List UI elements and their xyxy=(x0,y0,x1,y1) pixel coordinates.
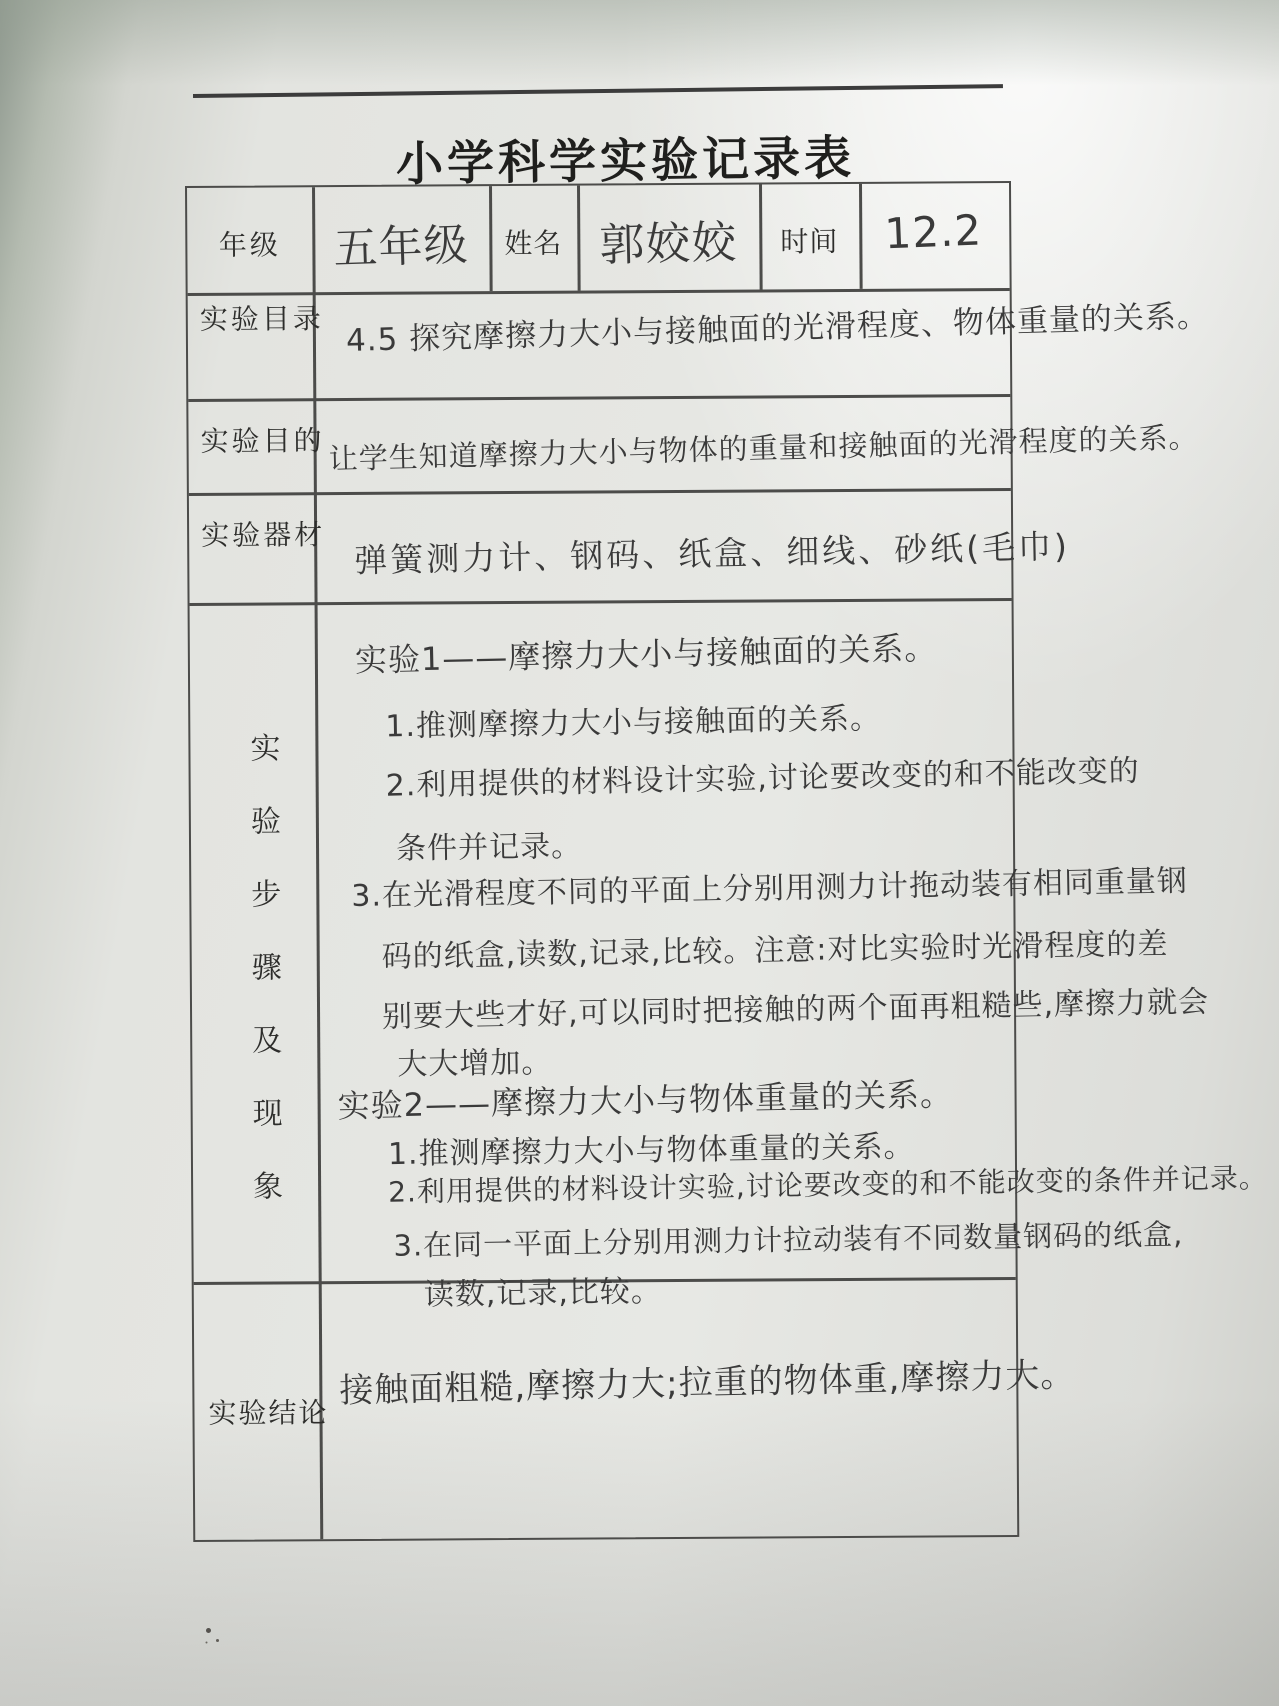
purpose-content: 让学生知道摩擦力大小与物体的重量和接触面的光滑程度的关系。 xyxy=(328,415,1199,478)
label-column-divider xyxy=(312,187,323,1539)
row-divider xyxy=(189,488,1011,496)
steps-row-label: 实 验 步 骤 及 现 象 xyxy=(242,723,291,1205)
steps-line: 读数,记录,比较。 xyxy=(423,1266,662,1314)
steps-line: 条件并记录。 xyxy=(396,821,583,868)
row-divider xyxy=(190,598,1012,606)
steps-line: 码的纸盒,读数,记录,比较。注意:对比实验时光滑程度的差 xyxy=(381,919,1168,976)
photographed-form: 小学科学实验记录表 年级 五年级 姓名 郭姣姣 时间 12.2 实验目录 4.5… xyxy=(0,0,1279,1706)
name-label: 姓名 xyxy=(489,222,577,263)
steps-line: 2.利用提供的材料设计实验,讨论要改变的和不能改变的 xyxy=(385,746,1140,805)
steps-label-char: 及 xyxy=(252,1015,282,1059)
purpose-row-label: 实验目的 xyxy=(200,419,313,460)
conclusion-content: 接触面粗糙,摩擦力大;拉重的物体重,摩擦力大。 xyxy=(339,1347,1076,1412)
time-label: 时间 xyxy=(759,220,859,261)
ink-speck xyxy=(206,1628,211,1633)
steps-line: 大大增加。 xyxy=(397,1037,553,1083)
catalog-row-label: 实验目录 xyxy=(200,297,313,338)
steps-line: 别要大些才好,可以同时把接触的两个面再粗糙些,摩擦力就会 xyxy=(382,977,1210,1036)
row-divider xyxy=(188,394,1010,402)
steps-line: 实验1——摩擦力大小与接触面的关系。 xyxy=(354,623,937,682)
materials-content: 弹簧测力计、钢码、纸盒、细线、砂纸(毛巾) xyxy=(354,521,1071,582)
row-divider xyxy=(188,288,1010,296)
materials-row-label: 实验器材 xyxy=(201,513,314,554)
steps-line: 1.推测摩擦力大小与接触面的关系。 xyxy=(385,693,881,745)
time-value: 12.2 xyxy=(858,204,1008,259)
steps-label-char: 步 xyxy=(251,869,281,913)
steps-label-char: 验 xyxy=(251,796,281,840)
conclusion-row-label: 实验结论 xyxy=(208,1391,319,1432)
catalog-content: 4.5 探究摩擦力大小与接触面的光滑程度、物体重量的关系。 xyxy=(345,290,1209,360)
steps-label-char: 骤 xyxy=(252,942,282,986)
grade-label: 年级 xyxy=(187,223,312,264)
steps-label-char: 象 xyxy=(253,1161,283,1205)
grade-value: 五年级 xyxy=(311,208,490,278)
record-table: 年级 五年级 姓名 郭姣姣 时间 12.2 实验目录 4.5 探究摩擦力大小与接… xyxy=(185,181,1019,1542)
top-rule-line xyxy=(193,84,1003,97)
steps-line: 3.在同一平面上分别用测力计拉动装有不同数量钢码的纸盒, xyxy=(393,1212,1183,1265)
name-value: 郭姣姣 xyxy=(577,205,760,274)
steps-label-char: 实 xyxy=(250,723,280,767)
steps-label-char: 现 xyxy=(253,1088,283,1132)
